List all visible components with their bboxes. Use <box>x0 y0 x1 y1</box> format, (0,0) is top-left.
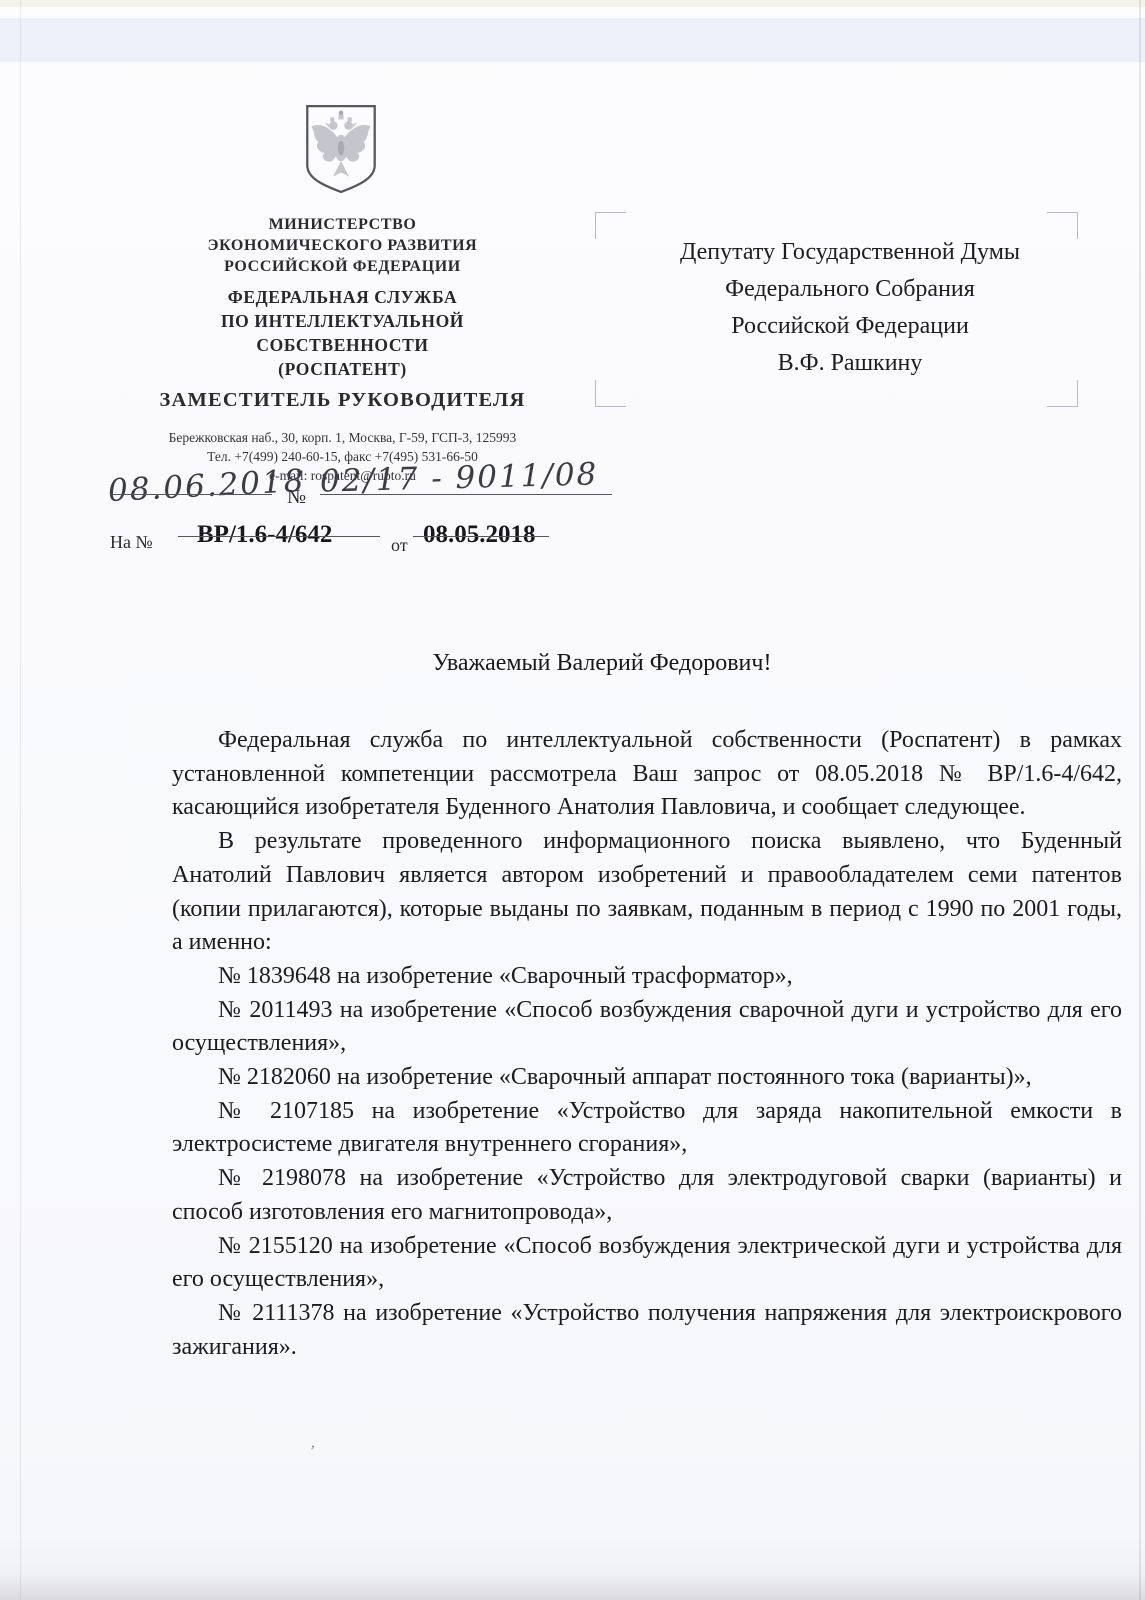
agency-line: ПО ИНТЕЛЛЕКТУАЛЬНОЙ <box>115 309 570 333</box>
incoming-ref-date: 08.05.2018 <box>423 521 536 549</box>
letter-body: Федеральная служба по интеллектуальной с… <box>172 724 1122 1364</box>
incoming-ref-label: На № <box>110 532 153 553</box>
scan-left-edge <box>20 0 21 1600</box>
ministry-line: МИНИСТЕРСТВО <box>115 214 570 235</box>
coat-of-arms-icon <box>301 102 381 196</box>
addressee-line: Федерального Собрания <box>640 271 1060 308</box>
body-paragraph: Федеральная служба по интеллектуальной с… <box>172 724 1122 825</box>
scan-top-strip <box>0 0 1145 7</box>
scan-speck: ’ <box>307 1443 316 1462</box>
addressee-corner-mark-top-left <box>595 212 626 239</box>
agency-name: ФЕДЕРАЛЬНАЯ СЛУЖБА ПО ИНТЕЛЛЕКТУАЛЬНОЙ С… <box>115 285 570 381</box>
patent-list-item: № 2111378 на изобретение «Устройство пол… <box>172 1297 1122 1364</box>
outgoing-number-underline <box>320 494 612 495</box>
incoming-number-underline <box>178 536 380 537</box>
addressee-corner-mark-bottom-right <box>1047 380 1078 407</box>
ministry-line: РОССИЙСКОЙ ФЕДЕРАЦИИ <box>115 256 570 277</box>
outgoing-date-underline <box>110 494 272 495</box>
scan-top-band <box>0 18 1145 62</box>
scanned-letter-page: ’ МИНИСТЕРСТВО <box>0 0 1145 1600</box>
patent-list-item: № 2011493 на изобретение «Способ возбужд… <box>172 994 1122 1061</box>
body-paragraph: В результате проведенного информационног… <box>172 825 1122 960</box>
incoming-date-underline <box>413 536 549 537</box>
ministry-line: ЭКОНОМИЧЕСКОГО РАЗВИТИЯ <box>115 235 570 256</box>
patent-list-item: № 2107185 на изобретение «Устройство для… <box>172 1095 1122 1162</box>
agency-line: СОБСТВЕННОСТИ <box>115 333 570 357</box>
number-sign: № <box>287 486 306 509</box>
agency-postal-address: Бережковская наб., 30, корп. 1, Москва, … <box>115 428 570 447</box>
addressee-line: Депутату Государственной Думы <box>640 234 1060 271</box>
agency-line: (РОСПАТЕНТ) <box>115 357 570 381</box>
addressee-block: Депутату Государственной Думы Федерально… <box>640 234 1060 382</box>
patent-list-item: № 1839648 на изобретение «Сварочный трас… <box>172 960 1122 994</box>
signer-title: ЗАМЕСТИТЕЛЬ РУКОВОДИТЕЛЯ <box>75 389 610 412</box>
patent-list-item: № 2198078 на изобретение «Устройство для… <box>172 1162 1122 1229</box>
ministry-name: МИНИСТЕРСТВО ЭКОНОМИЧЕСКОГО РАЗВИТИЯ РОС… <box>115 214 570 277</box>
addressee-line: В.Ф. Рашкину <box>640 345 1060 382</box>
scan-right-edge <box>1139 0 1141 1600</box>
scan-bottom-shadow <box>0 1574 1145 1600</box>
patent-list-item: № 2155120 на изобретение «Способ возбужд… <box>172 1230 1122 1297</box>
patent-list-item: № 2182060 на изобретение «Сварочный аппа… <box>172 1061 1122 1095</box>
agency-line: ФЕДЕРАЛЬНАЯ СЛУЖБА <box>115 285 570 309</box>
incoming-ref-number: ВР/1.6-4/642 <box>197 521 332 549</box>
addressee-corner-mark-bottom-left <box>595 380 626 407</box>
incoming-from-label: от <box>391 535 408 556</box>
addressee-line: Российской Федерации <box>640 308 1060 345</box>
salutation: Уважаемый Валерий Федорович! <box>172 650 1032 677</box>
